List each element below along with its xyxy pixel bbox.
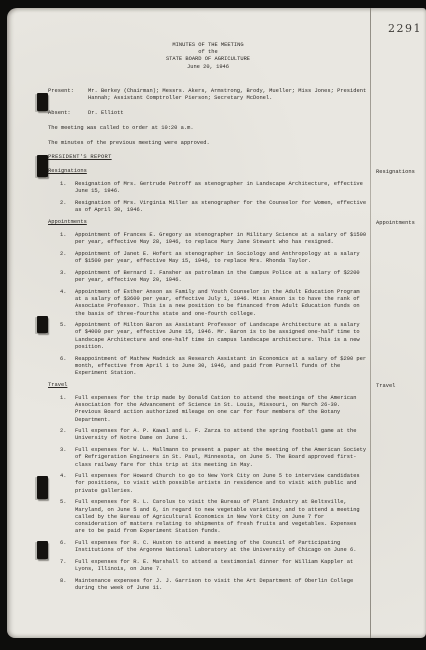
item-text: Appointment of Frances E. Gregory as ste… xyxy=(75,232,368,246)
item-number: 4. xyxy=(60,289,75,318)
absent-value: Dr. Elliott xyxy=(88,110,368,117)
item-text: Full expenses for W. L. Mallmann to pres… xyxy=(75,447,368,469)
item-text: Resignation of Mrs. Virginia Miller as s… xyxy=(75,200,368,214)
section: Resignations Resignations 1. Resignation… xyxy=(48,168,368,215)
section-items: 1. Resignation of Mrs. Gertrude Petroff … xyxy=(48,181,368,214)
section-items: 1. Appointment of Frances E. Gregory as … xyxy=(48,232,368,377)
list-item: 2. Resignation of Mrs. Virginia Miller a… xyxy=(48,200,368,214)
section-heading-row: Appointments Appointments xyxy=(48,219,368,226)
section-heading: Resignations xyxy=(48,168,87,175)
list-item: 4. Appointment of Esther Anson as Family… xyxy=(48,289,368,318)
item-number: 1. xyxy=(60,232,75,246)
item-number: 5. xyxy=(60,322,75,351)
title-line-2: of the xyxy=(48,49,368,56)
list-item: 8. Maintenance expenses for J. J. Garris… xyxy=(48,578,368,592)
call-to-order-text: The meeting was called to order at 10:20… xyxy=(48,125,368,132)
item-number: 1. xyxy=(60,395,75,424)
item-text: Appointment of Esther Anson as Family an… xyxy=(75,289,368,318)
title-line-1: MINUTES OF THE MEETING xyxy=(48,42,368,49)
sections-container: Resignations Resignations 1. Resignation… xyxy=(48,168,368,592)
item-number: 2. xyxy=(60,428,75,442)
present-value: Mr. Berkey (Chairman); Messrs. Akers, Ar… xyxy=(88,88,368,102)
paper-sheet: 2291 MINUTES OF THE MEETING of the STATE… xyxy=(7,8,426,638)
item-number: 1. xyxy=(60,181,75,195)
minutes-approved-text: The minutes of the previous meeting were… xyxy=(48,140,368,147)
item-text: Appointment of Janet E. Hofert as stenog… xyxy=(75,251,368,265)
document-body: MINUTES OF THE MEETING of the STATE BOAR… xyxy=(48,42,368,597)
item-text: Full expenses for Howard Church to go to… xyxy=(75,473,368,495)
margin-annotation: Travel xyxy=(376,383,426,390)
item-number: 2. xyxy=(60,251,75,265)
report-title: PRESIDENT'S REPORT xyxy=(48,154,368,161)
item-number: 7. xyxy=(60,559,75,573)
item-text: Appointment of Bernard I. Fansher as pat… xyxy=(75,270,368,284)
list-item: 7. Full expenses for R. E. Marshall to a… xyxy=(48,559,368,573)
list-item: 5. Full expenses for R. L. Carolus to vi… xyxy=(48,499,368,535)
section-heading-row: Travel Travel xyxy=(48,382,368,389)
absent-label: Absent: xyxy=(48,110,88,117)
item-text: Maintenance expenses for J. J. Garrison … xyxy=(75,578,368,592)
item-text: Reappointment of Mathew Madnick as Resea… xyxy=(75,356,368,378)
item-text: Full expenses for the trip made by Donal… xyxy=(75,395,368,424)
list-item: 6. Reappointment of Mathew Madnick as Re… xyxy=(48,356,368,378)
list-item: 1. Appointment of Frances E. Gregory as … xyxy=(48,232,368,246)
section-heading: Appointments xyxy=(48,219,87,226)
item-number: 3. xyxy=(60,447,75,469)
section-heading: Travel xyxy=(48,382,67,389)
section: Appointments Appointments 1. Appointment… xyxy=(48,219,368,377)
list-item: 1. Full expenses for the trip made by Do… xyxy=(48,395,368,424)
item-number: 6. xyxy=(60,540,75,554)
page-number: 2291 xyxy=(388,22,422,35)
present-label: Present: xyxy=(48,88,88,102)
binder-mark xyxy=(37,541,48,559)
title-line-4: June 20, 1946 xyxy=(48,64,368,71)
page-fold-line xyxy=(370,8,371,638)
item-number: 8. xyxy=(60,578,75,592)
list-item: 1. Resignation of Mrs. Gertrude Petroff … xyxy=(48,181,368,195)
item-text: Appointment of Milton Baron as Assistant… xyxy=(75,322,368,351)
section-heading-row: Resignations Resignations xyxy=(48,168,368,175)
scanned-minutes-page: { "colors": { "frame": "#0d0d0c", "paper… xyxy=(0,0,426,650)
item-text: Full expenses for R. C. Huston to attend… xyxy=(75,540,368,554)
list-item: 3. Full expenses for W. L. Mallmann to p… xyxy=(48,447,368,469)
margin-annotation: Resignations xyxy=(376,169,426,176)
item-number: 3. xyxy=(60,270,75,284)
list-item: 4. Full expenses for Howard Church to go… xyxy=(48,473,368,495)
absent-row: Absent: Dr. Elliott xyxy=(48,110,368,117)
item-number: 5. xyxy=(60,499,75,535)
list-item: 2. Full expenses for A. P. Kawal and L. … xyxy=(48,428,368,442)
item-text: Full expenses for A. P. Kawal and L. F. … xyxy=(75,428,368,442)
item-number: 4. xyxy=(60,473,75,495)
document-title: MINUTES OF THE MEETING of the STATE BOAR… xyxy=(48,42,368,71)
title-line-3: STATE BOARD OF AGRICULTURE xyxy=(48,56,368,63)
binder-mark xyxy=(37,476,48,499)
list-item: 2. Appointment of Janet E. Hofert as ste… xyxy=(48,251,368,265)
section: Travel Travel 1. Full expenses for the t… xyxy=(48,382,368,592)
item-text: Full expenses for R. E. Marshall to atte… xyxy=(75,559,368,573)
list-item: 5. Appointment of Milton Baron as Assist… xyxy=(48,322,368,351)
section-items: 1. Full expenses for the trip made by Do… xyxy=(48,395,368,592)
list-item: 6. Full expenses for R. C. Huston to att… xyxy=(48,540,368,554)
present-row: Present: Mr. Berkey (Chairman); Messrs. … xyxy=(48,88,368,102)
binder-mark xyxy=(37,93,48,111)
list-item: 3. Appointment of Bernard I. Fansher as … xyxy=(48,270,368,284)
item-text: Resignation of Mrs. Gertrude Petroff as … xyxy=(75,181,368,195)
item-text: Full expenses for R. L. Carolus to visit… xyxy=(75,499,368,535)
binder-mark xyxy=(37,316,48,333)
binder-mark xyxy=(37,155,48,177)
item-number: 6. xyxy=(60,356,75,378)
item-number: 2. xyxy=(60,200,75,214)
margin-annotation: Appointments xyxy=(376,220,426,227)
